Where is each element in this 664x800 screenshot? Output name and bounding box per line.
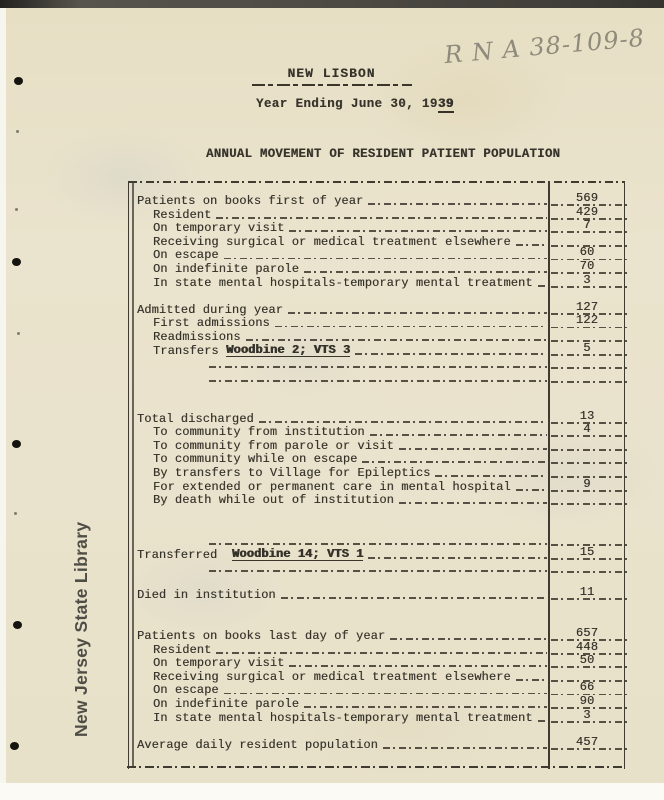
row-label: Receiving surgical or medical treatment … — [153, 671, 511, 684]
punch-hole-dot — [10, 742, 19, 750]
value-cell: 122 — [550, 314, 624, 330]
value-cell: 3 — [550, 709, 624, 725]
library-stamp: New Jersey State Library — [71, 527, 92, 737]
paper-speck — [15, 208, 18, 211]
dotted-leader — [435, 475, 547, 477]
row-value: 122 — [576, 314, 598, 327]
row-label: To community from parole or visit — [153, 440, 394, 453]
report-period-year-overstrike: 39 — [438, 97, 454, 113]
row-value: 15 — [580, 546, 595, 559]
dotted-leader — [390, 638, 547, 640]
paper-speck — [14, 512, 17, 515]
row-value: 70 — [580, 260, 595, 273]
dotted-leader — [399, 502, 547, 504]
table-row: To community from institution4 — [129, 425, 624, 439]
row-label: In state mental hospitals-temporary ment… — [153, 277, 533, 290]
punch-hole-dot — [12, 258, 21, 266]
dotted-leader — [516, 489, 547, 491]
row-value: 7 — [583, 219, 590, 232]
row-label: Admitted during year — [137, 304, 283, 317]
row-value: 66 — [580, 681, 595, 694]
row-value: 60 — [580, 246, 595, 259]
row-label: On indefinite parole — [153, 698, 299, 711]
table-left-inner-border — [132, 183, 133, 767]
row-label: First admissions — [153, 317, 270, 330]
report-period: Year Ending June 30, 1939 — [256, 97, 454, 111]
row-label: Readmissions — [153, 331, 241, 344]
row-label: By death while out of institution — [153, 494, 394, 507]
movement-table: Patients on books first of year569Reside… — [128, 181, 625, 769]
dotted-leader — [216, 652, 547, 654]
dotted-leader — [304, 271, 547, 273]
dotted-leader — [399, 448, 547, 450]
dotted-leader — [288, 312, 547, 314]
row-label: For extended or permanent care in mental… — [153, 481, 511, 494]
dotted-leader — [224, 693, 547, 695]
scan-top-edge — [0, 0, 664, 8]
row-value: 657 — [576, 627, 598, 640]
row-value: 13 — [580, 410, 595, 423]
dotted-leader — [516, 679, 547, 681]
row-label: On escape — [153, 684, 219, 697]
row-value: 569 — [576, 192, 598, 205]
dotted-leader — [209, 543, 547, 545]
value-cell: 7 — [550, 219, 624, 235]
dotted-leader — [209, 380, 547, 382]
dotted-leader — [370, 434, 547, 436]
dotted-leader — [224, 258, 547, 260]
row-value: 3 — [583, 709, 590, 722]
value-cell: 50 — [550, 654, 624, 670]
row-value: 127 — [576, 301, 598, 314]
row-value: 11 — [580, 586, 595, 599]
dotted-leader — [275, 326, 547, 328]
dotted-leader — [516, 244, 547, 246]
institution-underline — [252, 84, 412, 86]
dotted-leader — [355, 353, 547, 355]
table-row: In state mental hospitals-temporary ment… — [129, 276, 624, 290]
table-row: Average daily resident population457 — [129, 738, 624, 752]
institution-name: NEW LISBON — [253, 66, 410, 81]
dotted-leader — [289, 665, 547, 667]
row-label-overstrike: Woodbine 2; VTS 3 — [226, 344, 350, 358]
row-value: 9 — [583, 478, 590, 491]
dotted-leader — [538, 720, 547, 722]
dotted-leader — [216, 217, 547, 219]
row-label-overstrike: Woodbine 14; VTS 1 — [232, 548, 363, 562]
table-row: In state mental hospitals-temporary ment… — [129, 711, 624, 725]
paper-speck — [16, 130, 19, 133]
row-label: Patients on books last day of year — [137, 630, 385, 643]
value-cell: 11 — [550, 586, 624, 602]
value-cell: 457 — [550, 736, 624, 752]
row-value: 5 — [583, 342, 590, 355]
table-row: First admissions122 — [129, 316, 624, 330]
punch-hole-dot — [13, 621, 22, 629]
value-cell: 9 — [550, 478, 624, 494]
dotted-leader — [259, 421, 547, 423]
dotted-leader — [246, 339, 547, 341]
value-cell: 15 — [550, 546, 624, 562]
row-label: Average daily resident population — [137, 739, 378, 752]
scanned-document-page: R N A 38-109-8 NEW LISBON Year Ending Ju… — [0, 0, 664, 800]
dotted-leader — [368, 557, 547, 559]
row-label: Resident — [153, 209, 211, 222]
table-row: For extended or permanent care in mental… — [129, 479, 624, 493]
row-label: Receiving surgical or medical treatment … — [153, 236, 511, 249]
row-label: Resident — [153, 644, 211, 657]
dotted-leader — [209, 570, 547, 572]
row-label: In state mental hospitals-temporary ment… — [153, 712, 533, 725]
page-title: ANNUAL MOVEMENT OF RESIDENT PATIENT POPU… — [206, 147, 560, 161]
dotted-leader — [304, 706, 547, 708]
row-label: On escape — [153, 249, 219, 262]
table-row: On temporary visit50 — [129, 656, 624, 670]
dotted-leader — [383, 747, 547, 749]
scan-left-edge — [0, 8, 6, 783]
paper-speck — [17, 332, 20, 335]
row-label: On temporary visit — [153, 657, 284, 670]
row-label: By transfers to Village for Epileptics — [153, 467, 430, 480]
row-label: Died in institution — [137, 589, 276, 602]
dotted-leader — [289, 230, 547, 232]
row-value: 429 — [576, 206, 598, 219]
row-value: 90 — [580, 695, 595, 708]
value-cell: 4 — [550, 423, 624, 439]
row-label: On indefinite parole — [153, 263, 299, 276]
table-row: Transferred Woodbine 14; VTS 115 — [129, 547, 624, 561]
row-value: 3 — [583, 274, 590, 287]
table-row: On temporary visit7 — [129, 221, 624, 235]
row-value: 50 — [580, 654, 595, 667]
table-row: Died in institution11 — [129, 588, 624, 602]
row-label: On temporary visit — [153, 222, 284, 235]
row-value: 4 — [583, 423, 590, 436]
row-value: 457 — [576, 736, 598, 749]
row-label: To community from institution — [153, 426, 365, 439]
dotted-leader — [368, 203, 547, 205]
report-period-prefix: Year Ending June 30, 19 — [256, 97, 438, 111]
row-label: Transfers — [153, 345, 226, 358]
row-label: To community while on escape — [153, 453, 357, 466]
table-row: Transfers Woodbine 2; VTS 35 — [129, 344, 624, 358]
row-label: Total discharged — [137, 413, 254, 426]
row-label: Transferred — [137, 549, 232, 562]
punch-hole-dot — [12, 440, 21, 448]
value-cell: 3 — [550, 274, 624, 290]
dotted-leader — [538, 285, 547, 287]
dotted-leader — [362, 461, 547, 463]
punch-hole-dot — [14, 77, 23, 85]
row-value: 448 — [576, 641, 598, 654]
dotted-leader — [281, 597, 547, 599]
value-cell: 5 — [550, 342, 624, 358]
row-label: Patients on books first of year — [137, 195, 363, 208]
dotted-leader — [209, 366, 547, 368]
